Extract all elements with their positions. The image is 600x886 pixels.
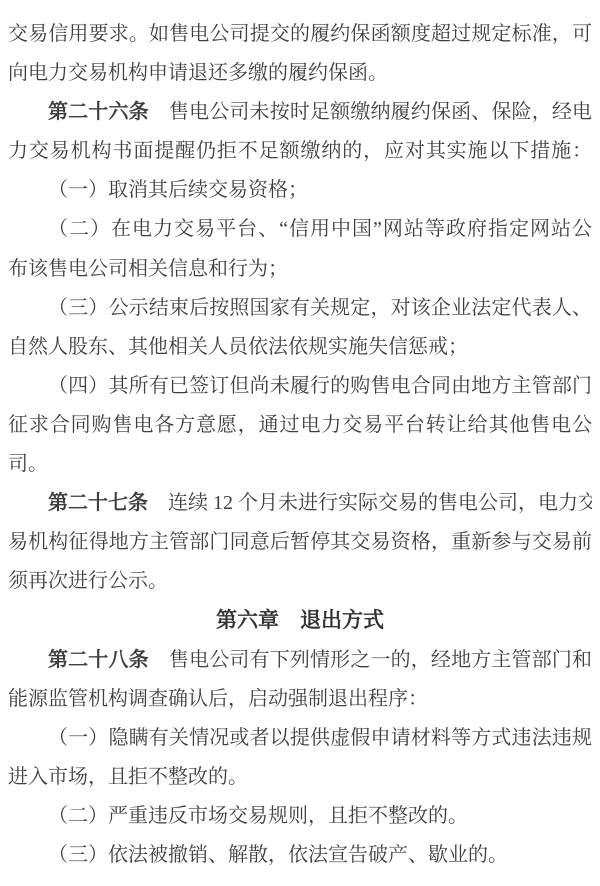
list-item-line: （二）在电力交易平台、“信用中国”网站等政府指定网站公 <box>8 210 592 249</box>
list-item-line: （三）公示结束后按照国家有关规定，对该企业法定代表人、 <box>8 289 592 328</box>
body-text-line: 力交易机构书面提醒仍拒不足额缴纳的，应对其实施以下措施： <box>8 132 592 171</box>
article-paragraph-line: 第二十六条 售电公司未按时足额缴纳履约保函、保险，经电 <box>8 93 592 132</box>
article-number: 第二十七条 <box>48 492 148 514</box>
line-text: 售电公司未按时足额缴纳履约保函、保险，经电 <box>149 101 592 123</box>
line-text: 连续 12 个月未进行实际交易的售电公司，电力交 <box>148 492 592 514</box>
document-page: 交易信用要求。如售电公司提交的履约保函额度超过规定标准，可 向电力交易机构申请退… <box>0 0 600 886</box>
body-text-line: 司。 <box>8 445 592 484</box>
list-item-line: （四）其所有已签订但尚未履行的购售电合同由地方主管部门 <box>8 367 592 406</box>
line-text: 售电公司有下列情形之一的，经地方主管部门和 <box>149 649 592 671</box>
list-item-line: （三）依法被撤销、解散，依法宣告破产、歇业的。 <box>8 836 592 875</box>
article-number: 第二十六条 <box>48 101 149 123</box>
body-text-line: 进入市场，且拒不整改的。 <box>8 758 592 797</box>
chapter-heading: 第六章 退出方式 <box>8 601 592 640</box>
article-paragraph-line: 第二十七条 连续 12 个月未进行实际交易的售电公司，电力交 <box>8 484 592 523</box>
list-item-line: （二）严重违反市场交易规则，且拒不整改的。 <box>8 797 592 836</box>
body-text-line: 向电力交易机构申请退还多缴的履约保函。 <box>8 54 592 93</box>
article-number: 第二十八条 <box>48 649 149 671</box>
body-text-line: 须再次进行公示。 <box>8 562 592 601</box>
article-paragraph-line: 第二十八条 售电公司有下列情形之一的，经地方主管部门和 <box>8 641 592 680</box>
body-text-line: 自然人股东、其他相关人员依法依规实施失信惩戒； <box>8 328 592 367</box>
body-text-line: 征求合同购售电各方意愿，通过电力交易平台转让给其他售电公 <box>8 406 592 445</box>
list-item-line: （一）取消其后续交易资格； <box>8 171 592 210</box>
body-text-line: 交易信用要求。如售电公司提交的履约保函额度超过规定标准，可 <box>8 15 592 54</box>
list-item-line: （一）隐瞒有关情况或者以提供虚假申请材料等方式违法违规 <box>8 719 592 758</box>
body-text-line: 能源监管机构调查确认后，启动强制退出程序： <box>8 680 592 719</box>
body-text-line: 易机构征得地方主管部门同意后暂停其交易资格，重新参与交易前 <box>8 523 592 562</box>
body-text-line: 布该售电公司相关信息和行为； <box>8 250 592 289</box>
